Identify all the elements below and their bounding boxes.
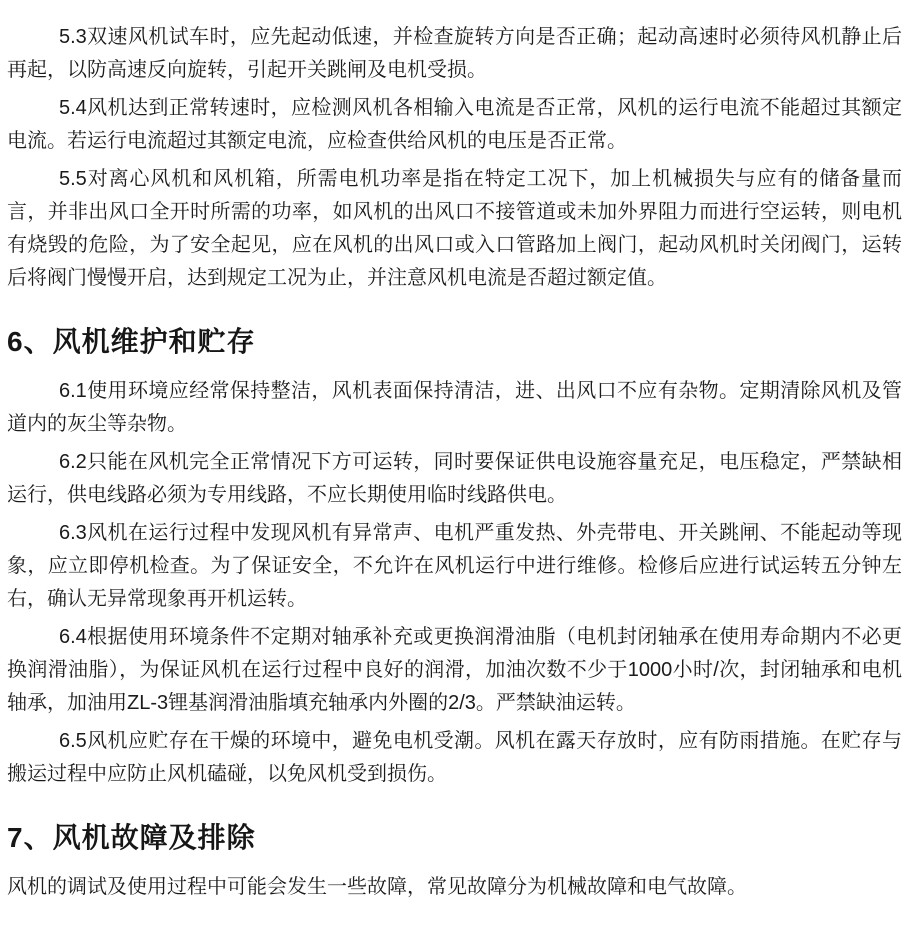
paragraph-5-5: 5.5对离心风机和风机箱，所需电机功率是指在特定工况下，加上机械损失与应有的储备…	[7, 163, 902, 295]
paragraph-6-5: 6.5风机应贮存在干燥的环境中，避免电机受潮。风机在露天存放时，应有防雨措施。在…	[7, 725, 902, 791]
document-page: 5.3双速风机试车时，应先起动低速，并检查旋转方向是否正确；起动高速时必须待风机…	[0, 0, 910, 950]
paragraph-5-4: 5.4风机达到正常转速时，应检测风机各相输入电流是否正常，风机的运行电流不能超过…	[7, 92, 902, 158]
paragraph-6-3: 6.3风机在运行过程中发现风机有异常声、电机严重发热、外壳带电、开关跳闸、不能起…	[7, 517, 902, 616]
paragraph-7-intro: 风机的调试及使用过程中可能会发生一些故障，常见故障分为机械故障和电气故障。	[7, 871, 902, 904]
paragraph-6-4: 6.4根据使用环境条件不定期对轴承补充或更换润滑油脂（电机封闭轴承在使用寿命期内…	[7, 621, 902, 720]
paragraph-6-2: 6.2只能在风机完全正常情况下方可运转，同时要保证供电设施容量充足，电压稳定，严…	[7, 446, 902, 512]
paragraph-5-3: 5.3双速风机试车时，应先起动低速，并检查旋转方向是否正确；起动高速时必须待风机…	[7, 21, 902, 87]
section-heading-6-maintenance-storage: 6、风机维护和贮存	[7, 325, 902, 359]
paragraph-6-1: 6.1使用环境应经常保持整洁，风机表面保持清洁，进、出风口不应有杂物。定期清除风…	[7, 375, 902, 441]
section-heading-7-faults-troubleshooting: 7、风机故障及排除	[7, 821, 902, 855]
